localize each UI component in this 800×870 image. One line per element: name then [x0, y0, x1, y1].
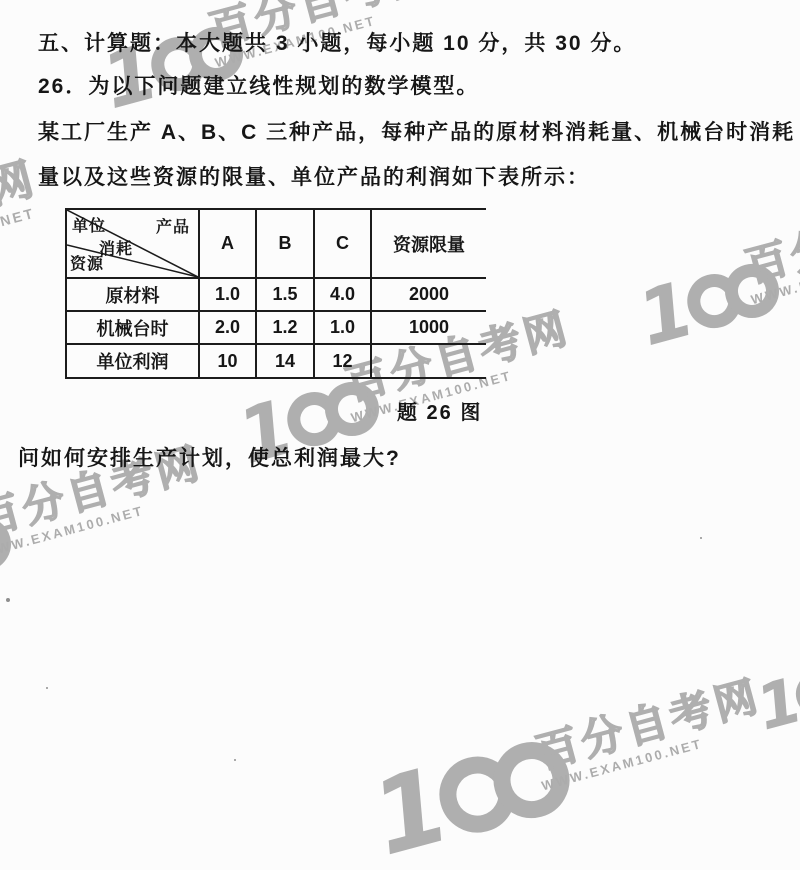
watermark: 1 百分自考网 WWW.EXAM100.NET	[363, 672, 778, 867]
watermark-partial: 1	[751, 654, 800, 737]
watermark: 1 百分自考网 WWW.EXAM100.NET	[0, 451, 216, 607]
corner-label-consume: 消耗	[99, 236, 133, 259]
watermark: 1 百分自考网 WWW.EXAM100.NET	[631, 198, 800, 354]
corner-label-resource: 资源	[70, 251, 104, 274]
watermark-brand-text: 百分自考网	[532, 675, 765, 775]
table-cell: 10	[199, 344, 256, 378]
column-header-resource-limit: 资源限量	[371, 209, 486, 278]
logo-ring-icon	[485, 733, 578, 826]
scan-speck	[234, 759, 236, 761]
logo-ring-icon	[431, 748, 524, 841]
watermark-url: WWW.EXAM100.NET	[540, 736, 704, 793]
logo-ring-icon	[0, 511, 17, 577]
table-corner-cell: 单位 产品 消耗 资源	[66, 209, 199, 278]
scan-speck	[700, 537, 702, 539]
exam100-logo: 1	[363, 725, 581, 867]
watermark-brand-text: 百分自考网	[742, 189, 800, 289]
figure-caption: 题 26 图	[397, 396, 482, 425]
table-cell: 1.0	[314, 311, 371, 344]
watermark-url: WWW.EXAM100.NET	[749, 250, 800, 307]
watermark-url: WWW.EXAM100.NET	[0, 503, 146, 560]
watermark-url: .NET	[0, 205, 37, 231]
scan-speck	[6, 598, 10, 602]
logo-ring-icon	[681, 268, 747, 334]
exam100-logo: 1	[751, 654, 800, 737]
table-cell	[371, 344, 486, 378]
logo-digit: 1	[371, 756, 449, 869]
scanned-exam-page: 1 百分自考网 WWW.EXAM100.NET 网 .NET 1 百分自考网 W…	[0, 0, 800, 870]
watermark-brand-text: 网	[0, 157, 42, 212]
table-cell: 14	[256, 344, 314, 378]
table-cell: 1.0	[199, 278, 256, 311]
column-header-b: B	[256, 209, 314, 278]
logo-ring-icon	[719, 258, 785, 324]
table-row: 原材料 1.0 1.5 4.0 2000	[66, 278, 486, 311]
table-cell: 1.2	[256, 311, 314, 344]
table-cell: 2.0	[199, 311, 256, 344]
problem-number-line: 26．为以下问题建立线性规划的数学模型。	[38, 70, 479, 100]
section-heading: 五、计算题：本大题共 3 小题，每小题 10 分，共 30 分。	[38, 27, 636, 57]
exam100-logo: 1	[0, 504, 19, 607]
logo-digit: 1	[637, 273, 694, 356]
problem-statement-line-2: 量以及这些资源的限量、单位产品的利润如下表所示：	[38, 161, 590, 191]
table-row: 单位利润 10 14 12	[66, 344, 486, 378]
table-cell: 4.0	[314, 278, 371, 311]
table-row: 机械台时 2.0 1.2 1.0 1000	[66, 311, 486, 344]
table-header-row: 单位 产品 消耗 资源 A B C 资源限量	[66, 209, 486, 278]
table-cell: 2000	[371, 278, 486, 311]
row-label: 单位利润	[66, 344, 199, 378]
scan-speck	[46, 687, 48, 689]
table-cell: 1000	[371, 311, 486, 344]
corner-label-product: 产品	[156, 214, 190, 237]
exam100-logo: 1	[631, 251, 787, 354]
problem-statement-line-1: 某工厂生产 A、B、C 三种产品，每种产品的原材料消耗量、机械台时消耗	[38, 116, 795, 146]
row-label: 原材料	[66, 278, 199, 311]
column-header-a: A	[199, 209, 256, 278]
table-cell: 1.5	[256, 278, 314, 311]
logo-ring-icon	[319, 376, 385, 442]
resource-table: 单位 产品 消耗 资源 A B C 资源限量 原材料 1.0 1.5 4.0 2…	[65, 208, 486, 379]
logo-ring-icon	[791, 667, 800, 721]
column-header-c: C	[314, 209, 371, 278]
question-line: 问如何安排生产计划，使总利润最大?	[18, 442, 401, 472]
logo-digit: 1	[756, 671, 800, 739]
table-cell: 12	[314, 344, 371, 378]
row-label: 机械台时	[66, 311, 199, 344]
corner-label-unit: 单位	[72, 213, 106, 236]
